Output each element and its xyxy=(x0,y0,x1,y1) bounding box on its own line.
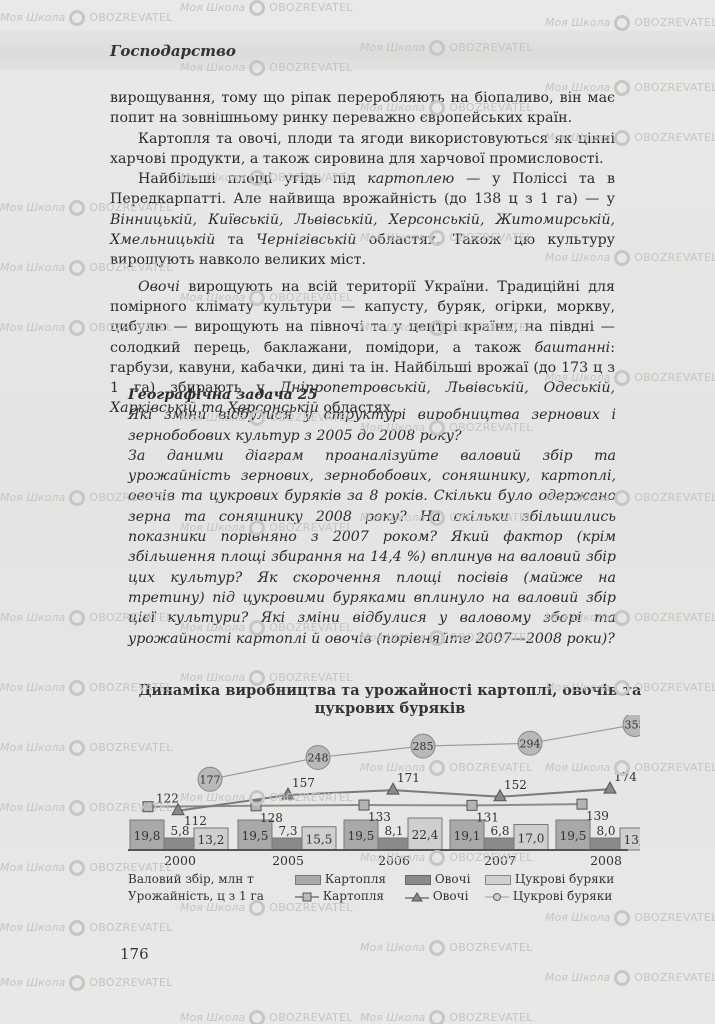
yield-value-label: 171 xyxy=(397,771,420,785)
bar-value-label: 6,8 xyxy=(490,824,509,838)
task-title: Географічна задача 25 xyxy=(128,385,616,405)
bar-value-label: 19,5 xyxy=(560,829,587,843)
bar-value-label: 15,5 xyxy=(306,832,333,846)
obozrevatel-logo-icon xyxy=(429,940,445,956)
square-marker xyxy=(577,799,587,809)
textbook-page: Господарство вирощування, тому що ріпак … xyxy=(0,0,715,1024)
bar-swatch-icon xyxy=(485,875,511,885)
obozrevatel-logo-icon xyxy=(249,0,265,16)
legend-yield-label: Урожайність, ц з 1 га xyxy=(128,888,264,905)
body-text: вирощування, тому що ріпак переробляють … xyxy=(110,88,615,419)
watermark: Моя ШколаOBOZREVATEL xyxy=(545,15,715,31)
legend-item-veg-line: Овочі xyxy=(405,888,468,905)
bar-value-label: 19,8 xyxy=(134,829,161,843)
yield-value-label: 285 xyxy=(413,740,434,753)
obozrevatel-logo-icon xyxy=(69,680,85,696)
legend-gross-label: Валовий збір, млн т xyxy=(128,871,254,888)
x-tick-label: 2000 xyxy=(164,853,196,868)
legend-row-yield: Урожайність, ц з 1 га Картопля Овочі Цук… xyxy=(128,888,648,905)
yield-value-label: 131 xyxy=(476,810,499,824)
obozrevatel-logo-icon xyxy=(429,1010,445,1024)
yield-value-label: 157 xyxy=(292,776,315,790)
header-band xyxy=(0,30,715,70)
watermark: Моя ШколаOBOZREVATEL xyxy=(0,10,173,26)
yield-value-label: 152 xyxy=(504,778,527,792)
task-question-2: За даними діаграм проаналізуйте валовий … xyxy=(128,446,616,649)
yield-value-label: 128 xyxy=(260,811,283,825)
legend-item-beet-line: Цукрові буряки xyxy=(485,888,612,905)
obozrevatel-logo-icon xyxy=(614,250,630,266)
watermark: Моя ШколаOBOZREVATEL xyxy=(180,0,353,16)
obozrevatel-logo-icon xyxy=(69,10,85,26)
obozrevatel-logo-icon xyxy=(614,490,630,506)
yield-value-label: 177 xyxy=(200,773,221,786)
body-paragraph: вирощування, тому що ріпак переробляють … xyxy=(110,88,615,129)
bar xyxy=(272,838,304,850)
square-marker xyxy=(251,801,261,811)
obozrevatel-logo-icon xyxy=(69,860,85,876)
obozrevatel-logo-icon xyxy=(614,610,630,626)
bar xyxy=(164,838,196,850)
bar-swatch-icon xyxy=(405,875,431,885)
bar-value-label: 19,5 xyxy=(348,829,375,843)
chart-legend: Валовий збір, млн т Картопля Овочі Цукро… xyxy=(128,871,648,905)
geographic-task: Географічна задача 25 Які зміни відбулис… xyxy=(128,385,616,649)
obozrevatel-logo-icon xyxy=(614,970,630,986)
yield-value-label: 248 xyxy=(308,751,329,764)
x-tick-label: 2007 xyxy=(484,853,516,868)
x-tick-label: 2006 xyxy=(378,853,410,868)
bar-value-label: 8,1 xyxy=(384,824,403,838)
bar-value-label: 19,5 xyxy=(242,829,269,843)
triangle-marker-icon xyxy=(405,892,429,902)
obozrevatel-logo-icon xyxy=(614,80,630,96)
bar-value-label: 13,2 xyxy=(198,833,225,847)
square-marker xyxy=(467,800,477,810)
yield-value-label: 139 xyxy=(586,809,609,823)
obozrevatel-logo-icon xyxy=(249,1010,265,1024)
bar-value-label: 19,1 xyxy=(454,829,481,843)
page-number: 176 xyxy=(120,945,149,963)
legend-item-beet-bar: Цукрові буряки xyxy=(485,871,614,888)
legend-item-veg-bar: Овочі xyxy=(405,871,470,888)
obozrevatel-logo-icon xyxy=(69,490,85,506)
obozrevatel-logo-icon xyxy=(69,975,85,991)
yield-value-label: 122 xyxy=(156,792,179,806)
body-paragraph: Найбільші площі угідь під картоплею — у … xyxy=(110,169,615,270)
obozrevatel-logo-icon xyxy=(69,200,85,216)
x-tick-label: 2005 xyxy=(272,853,304,868)
obozrevatel-logo-icon xyxy=(69,320,85,336)
legend-row-gross: Валовий збір, млн т Картопля Овочі Цукро… xyxy=(128,871,648,888)
square-marker xyxy=(359,800,369,810)
watermark: Моя ШколаOBOZREVATEL xyxy=(360,1010,533,1024)
watermark: Моя ШколаOBOZREVATEL xyxy=(545,970,715,986)
obozrevatel-logo-icon xyxy=(69,800,85,816)
square-marker xyxy=(143,802,153,812)
bar-value-label: 22,4 xyxy=(412,828,439,842)
bar-value-label: 17,0 xyxy=(518,831,545,845)
yield-value-label: 294 xyxy=(520,737,541,750)
yield-value-label: 174 xyxy=(614,770,637,784)
production-chart: 19,85,813,2200019,57,315,5200519,58,122,… xyxy=(120,715,640,870)
obozrevatel-logo-icon xyxy=(69,610,85,626)
yield-value-label: 112 xyxy=(184,814,207,828)
watermark: Моя ШколаOBOZREVATEL xyxy=(0,975,173,991)
chart-title: Динаміка виробництва та урожайності карт… xyxy=(120,682,660,718)
legend-item-potato-bar: Картопля xyxy=(295,871,386,888)
yield-value-label: 133 xyxy=(368,810,391,824)
body-paragraph: Картопля та овочі, плоди та ягоди викори… xyxy=(110,129,615,170)
bar-value-label: 8,0 xyxy=(596,824,615,838)
yield-value-label: 355 xyxy=(625,719,641,732)
watermark: Моя ШколаOBOZREVATEL xyxy=(360,940,533,956)
running-head: Господарство xyxy=(110,42,236,60)
bar-value-label: 13,7 xyxy=(624,833,640,847)
watermark: Моя ШколаOBOZREVATEL xyxy=(545,910,715,926)
bar-swatch-icon xyxy=(295,875,321,885)
obozrevatel-logo-icon xyxy=(614,15,630,31)
watermark: Моя ШколаOBOZREVATEL xyxy=(180,1010,353,1024)
obozrevatel-logo-icon xyxy=(69,920,85,936)
circle-marker-icon xyxy=(485,892,509,902)
task-question-1: Які зміни відбулися у структурі виробниц… xyxy=(128,405,616,446)
obozrevatel-logo-icon xyxy=(614,910,630,926)
bar-value-label: 7,3 xyxy=(278,824,297,838)
obozrevatel-logo-icon xyxy=(69,740,85,756)
watermark: Моя ШколаOBOZREVATEL xyxy=(0,920,173,936)
bar xyxy=(378,838,410,850)
square-marker-icon xyxy=(295,892,319,902)
legend-item-potato-line: Картопля xyxy=(295,888,384,905)
bar xyxy=(590,838,622,850)
obozrevatel-logo-icon xyxy=(614,130,630,146)
obozrevatel-logo-icon xyxy=(614,370,630,386)
x-tick-label: 2008 xyxy=(590,853,622,868)
bar xyxy=(484,838,516,850)
obozrevatel-logo-icon xyxy=(69,260,85,276)
